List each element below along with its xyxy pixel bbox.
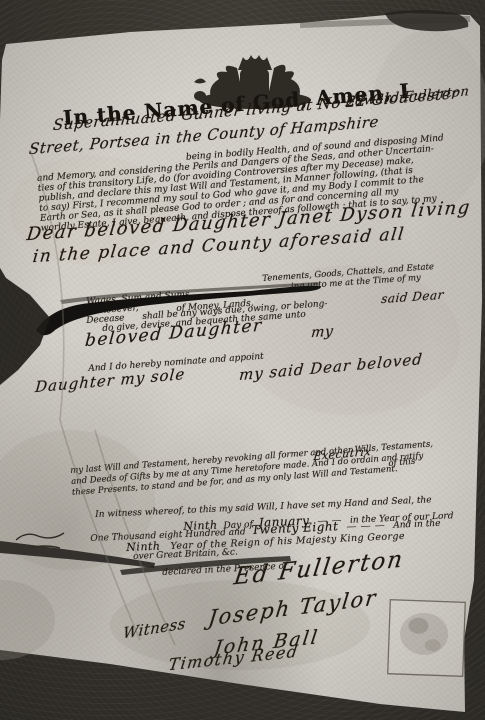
appointment-hw1: my said Dear beloved xyxy=(238,350,423,384)
scanned-will-document: In the Name of God, Amen, I Edward Fulle… xyxy=(0,0,485,720)
signature-testator: Ed Fullerton xyxy=(232,546,406,590)
signature-witness1: Joseph Taylor xyxy=(207,585,379,630)
document-text: In the Name of God, Amen, I Edward Fulle… xyxy=(0,0,485,720)
estate-hw-said-dear: said Dear xyxy=(381,288,445,307)
witness-label: Witness xyxy=(122,614,186,642)
ratification-block: my last Will and Testament, hereby revok… xyxy=(70,439,435,499)
estate-hw-my: my xyxy=(310,323,334,341)
